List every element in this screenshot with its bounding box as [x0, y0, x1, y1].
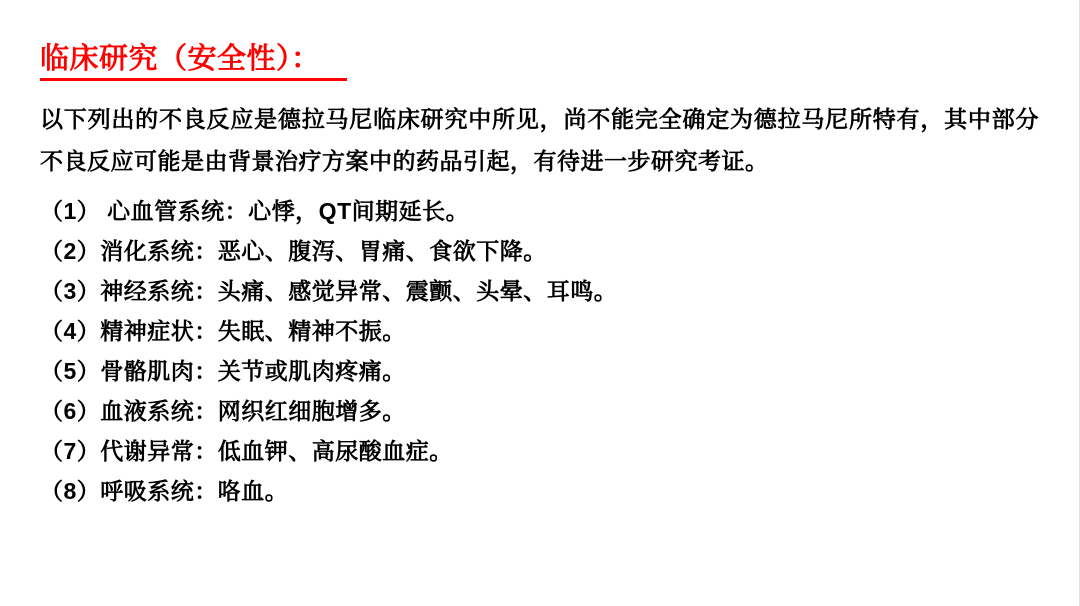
list-item: （7）代谢异常：低血钾、高尿酸血症。 — [40, 431, 1039, 471]
list-item: （5）骨骼肌肉：关节或肌肉疼痛。 — [40, 351, 1039, 391]
list-item: （6）血液系统：网织红细胞增多。 — [40, 391, 1039, 431]
list-item: （1） 心血管系统：心悸，QT间期延长。 — [40, 191, 1039, 231]
intro-paragraph: 以下列出的不良反应是德拉马尼临床研究中所见，尚不能完全确定为德拉马尼所特有，其中… — [40, 98, 1039, 182]
list-item: （4）精神症状：失眠、精神不振。 — [40, 311, 1039, 351]
list-item: （8）呼吸系统：咯血。 — [40, 471, 1039, 511]
slide-title: 临床研究（安全性）： — [40, 44, 347, 81]
slide-canvas: 临床研究（安全性）： 以下列出的不良反应是德拉马尼临床研究中所见，尚不能完全确定… — [0, 0, 1080, 606]
list-item: （3）神经系统：头痛、感觉异常、震颤、头晕、耳鸣。 — [40, 271, 1039, 311]
adverse-reaction-list: （1） 心血管系统：心悸，QT间期延长。 （2）消化系统：恶心、腹泻、胃痛、食欲… — [40, 191, 1039, 511]
list-item: （2）消化系统：恶心、腹泻、胃痛、食欲下降。 — [40, 231, 1039, 271]
